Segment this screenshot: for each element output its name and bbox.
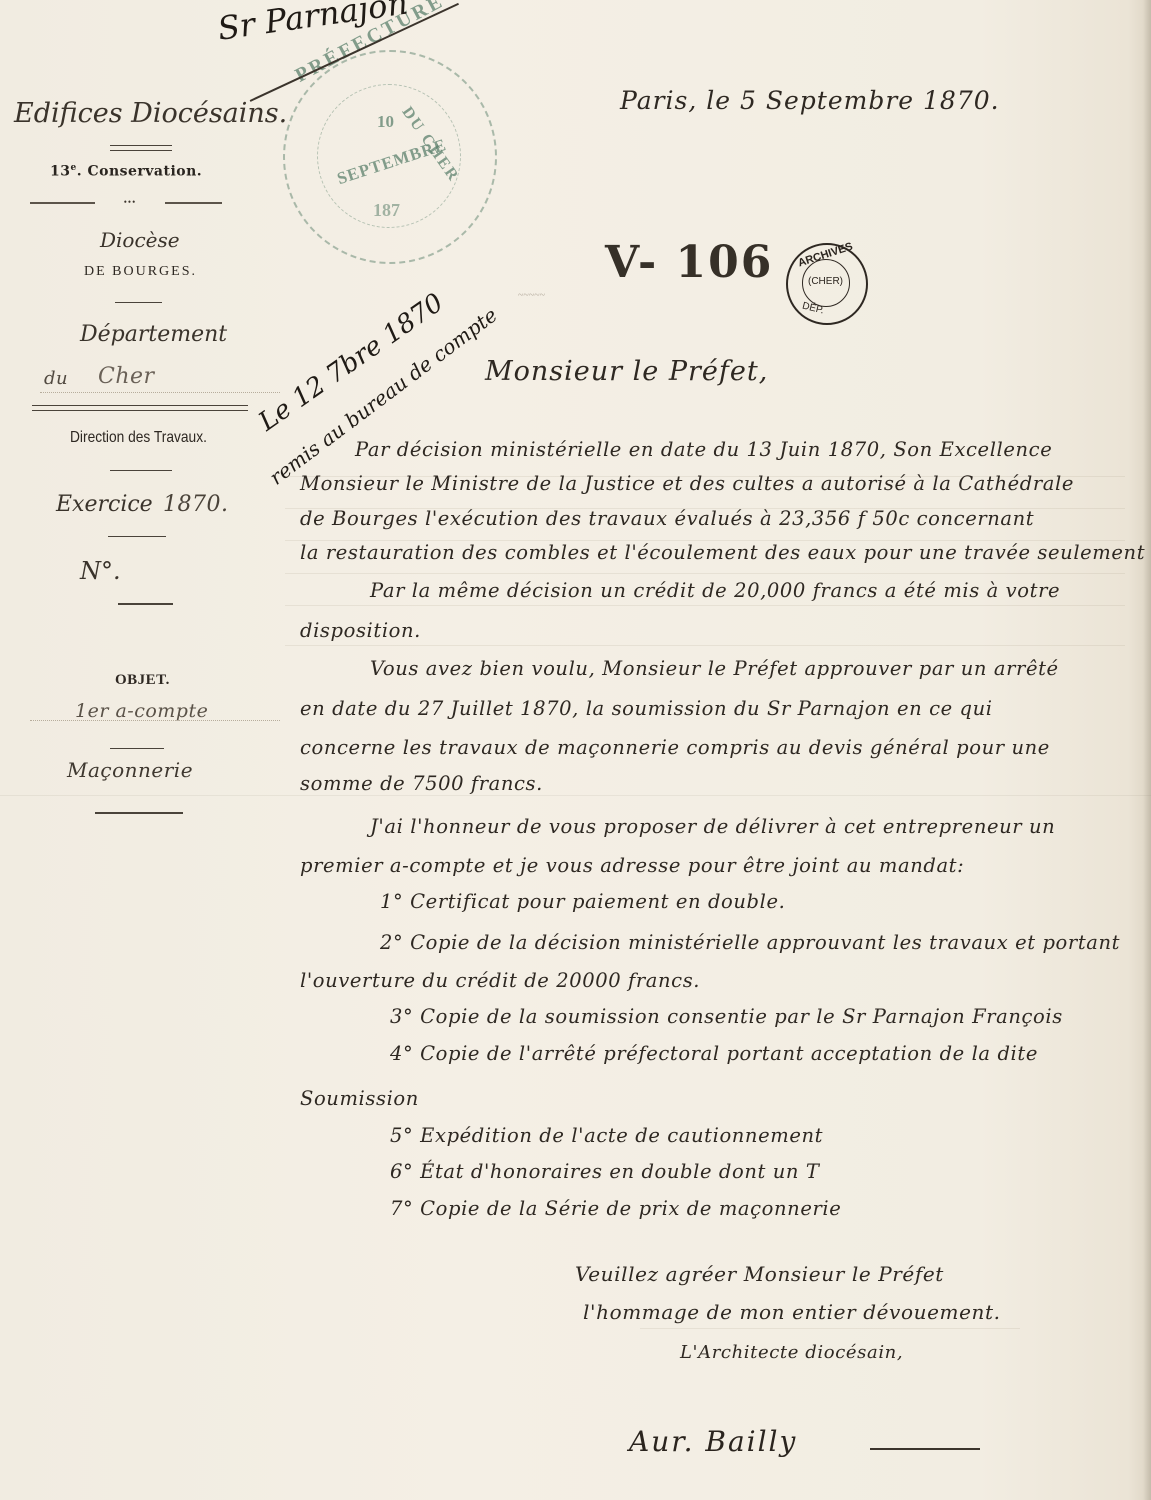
closing-line-2: l'hommage de mon entier dévouement. bbox=[583, 1300, 1001, 1324]
ruling-line bbox=[285, 645, 1125, 646]
signatory-title: L'Architecte diocésain, bbox=[680, 1342, 903, 1363]
faint-mark: ~~~~~ bbox=[518, 290, 545, 301]
objet-line-1: 1er a-compte bbox=[75, 700, 208, 722]
fill-line bbox=[30, 720, 280, 721]
section-double-rule bbox=[32, 405, 248, 411]
letter-line: Soumission bbox=[300, 1087, 419, 1110]
letter-list-item: 1° Certificat pour paiement en double. bbox=[380, 890, 785, 913]
short-rule bbox=[95, 812, 183, 814]
stamp-year: 187 bbox=[373, 200, 400, 221]
prefecture-stamp: PRÉFECTURE DU CHER 10 SEPTEMBRE 187 bbox=[283, 50, 497, 264]
letter-list-item: 6° État d'honoraires en double dont un T bbox=[390, 1160, 819, 1183]
letter-line: de Bourges l'exécution des travaux évalu… bbox=[300, 507, 1034, 530]
letter-list-item: 5° Expédition de l'acte de cautionnement bbox=[390, 1124, 823, 1147]
signature: Aur. Bailly bbox=[629, 1425, 797, 1458]
letter-list-item: 7° Copie de la Série de prix de maçonner… bbox=[390, 1197, 841, 1220]
short-rule bbox=[115, 302, 162, 303]
number-label: N°. bbox=[80, 557, 121, 585]
letter-line: Monsieur le Ministre de la Justice et de… bbox=[300, 472, 1074, 495]
archives-stamp: ARCHIVES (CHER) DÉP. bbox=[786, 243, 868, 325]
letterhead-title: Edifices Diocésains. bbox=[14, 98, 287, 129]
letter-line: concerne les travaux de maçonnerie compr… bbox=[300, 736, 1050, 759]
fill-line bbox=[40, 392, 280, 393]
archive-cote: V- 106 bbox=[605, 237, 773, 288]
letter-date: Paris, le 5 Septembre 1870. bbox=[620, 86, 1000, 115]
objet-line-2: Maçonnerie bbox=[67, 758, 193, 782]
letter-list-item: 4° Copie de l'arrêté préfectoral portant… bbox=[390, 1042, 1038, 1065]
letter-list-item: 2° Copie de la décision ministérielle ap… bbox=[380, 931, 1120, 954]
letter-line: Par la même décision un crédit de 20,000… bbox=[370, 579, 1060, 602]
paper-fold bbox=[0, 795, 1151, 796]
department-prefix: du bbox=[44, 368, 68, 389]
letter-line: disposition. bbox=[300, 619, 421, 642]
exercice-label: Exercice bbox=[56, 492, 153, 517]
department-name: Cher bbox=[98, 364, 155, 389]
letter-line: en date du 27 Juillet 1870, la soumissio… bbox=[300, 697, 993, 720]
ruling-line bbox=[285, 573, 1125, 574]
letter-line: l'ouverture du crédit de 20000 francs. bbox=[300, 969, 700, 992]
short-rule bbox=[110, 470, 172, 471]
salutation: Monsieur le Préfet, bbox=[485, 356, 768, 387]
letter-line: Par décision ministérielle en date du 13… bbox=[355, 438, 1052, 461]
short-rule bbox=[118, 603, 173, 605]
closing-line-1: Veuillez agréer Monsieur le Préfet bbox=[575, 1262, 944, 1286]
letter-line: la restauration des combles et l'écoulem… bbox=[300, 541, 1145, 564]
letter-list-item: 3° Copie de la soumission consentie par … bbox=[390, 1005, 1063, 1028]
signature-flourish bbox=[870, 1448, 980, 1450]
letter-line: J'ai l'honneur de vous proposer de déliv… bbox=[370, 815, 1055, 838]
document-page: Edifices Diocésains. 13e. Conservation. … bbox=[0, 0, 1151, 1500]
short-rule bbox=[110, 748, 164, 749]
conservation-label: . Conservation. bbox=[77, 164, 202, 180]
ruling-line bbox=[285, 605, 1125, 606]
ornament-dots: ••• bbox=[95, 198, 165, 207]
letterhead-double-rule bbox=[110, 145, 172, 151]
letter-line: premier a-compte et je vous adresse pour… bbox=[300, 854, 964, 877]
ornament-rule-small bbox=[108, 536, 166, 537]
letter-line: somme de 7500 francs. bbox=[300, 772, 543, 795]
diocese-label: Diocèse bbox=[100, 228, 180, 252]
direction-label: Direction des Travaux. bbox=[70, 429, 207, 447]
letter-line: Vous avez bien voulu, Monsieur le Préfet… bbox=[370, 657, 1059, 680]
conservation-number: 13 bbox=[50, 164, 70, 180]
conservation-heading: 13e. Conservation. bbox=[50, 163, 202, 180]
ruling-line bbox=[640, 1328, 1020, 1329]
archives-stamp-middle: (CHER) bbox=[808, 276, 843, 287]
exercice-year: 1870. bbox=[163, 492, 228, 517]
department-label: Département bbox=[80, 322, 227, 347]
stamp-day: 10 bbox=[377, 112, 394, 132]
diocese-name: DE BOURGES. bbox=[84, 264, 197, 280]
objet-label: OBJET. bbox=[115, 672, 170, 689]
